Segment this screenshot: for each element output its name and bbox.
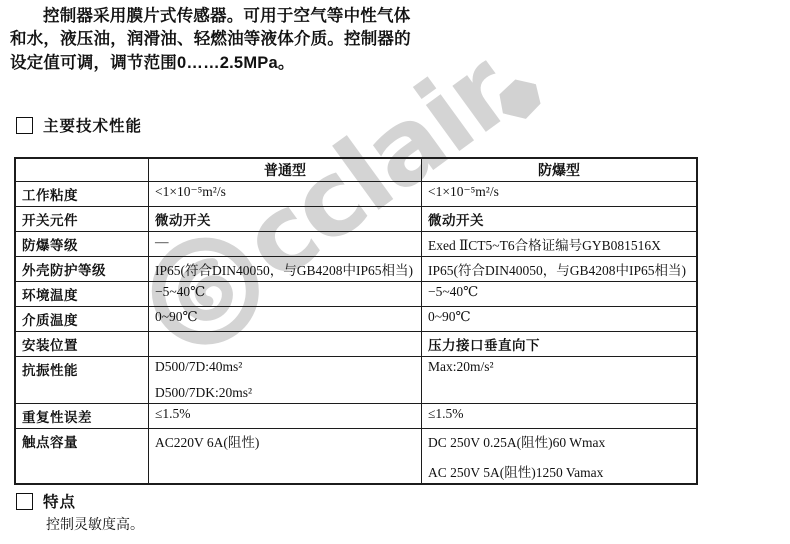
spec-value-text: 0~90℃ [155, 309, 415, 325]
table-row: 外壳防护等级 IP65(符合DIN40050，与GB4208中IP65相当) I… [16, 257, 697, 282]
spec-label: 工作粘度 [16, 182, 149, 207]
spec-value-text: DC 250V 0.25A(阻性)60 Wmax [428, 431, 690, 451]
spec-value-text: IP65(符合DIN40050，与GB4208中IP65相当) [155, 259, 415, 279]
spec-value-normal: IP65(符合DIN40050，与GB4208中IP65相当) [149, 257, 422, 282]
spec-value-normal: AC220V 6A(阻性) [149, 429, 422, 484]
spec-value-explosion: −5~40℃ [422, 282, 697, 307]
spec-value-text: AC 250V 5A(阻性)1250 Vamax [428, 461, 690, 481]
spec-value-text: 微动开关 [155, 209, 415, 229]
spec-value-text: −5~40℃ [428, 284, 690, 300]
spec-value-normal: 0~90℃ [149, 307, 422, 332]
datasheet-page: cclair 控制器采用膜片式传感器。可用于空气等中性气体和水，液压油，润滑油、… [0, 0, 790, 544]
section-title: 特点 [43, 490, 76, 512]
spec-label: 开关元件 [16, 207, 149, 232]
spec-value-normal: −5~40℃ [149, 282, 422, 307]
spec-value-text: Max:20m/s² [428, 359, 690, 375]
spec-value-text: <1×10⁻⁵m²/s [155, 184, 415, 200]
spec-value-explosion: 压力接口垂直向下 [422, 332, 697, 357]
spec-value-explosion: Max:20m/s² [422, 357, 697, 404]
spec-value-explosion: 0~90℃ [422, 307, 697, 332]
table-row: 环境温度 −5~40℃ −5~40℃ [16, 282, 697, 307]
spec-value-text: −5~40℃ [155, 284, 415, 300]
table-row: 介质温度 0~90℃ 0~90℃ [16, 307, 697, 332]
spec-value-explosion: ≤1.5% [422, 404, 697, 429]
header-normal-type: 普通型 [149, 159, 422, 182]
header-empty [16, 159, 149, 182]
spec-value-normal: <1×10⁻⁵m²/s [149, 182, 422, 207]
header-explosion-type: 防爆型 [422, 159, 697, 182]
spec-value-text: 压力接口垂直向下 [428, 334, 690, 354]
table-row: 安装位置 压力接口垂直向下 [16, 332, 697, 357]
spec-value-text: Exed ⅡCT5~T6合格证编号GYB081516X [428, 234, 690, 254]
spec-value-text: ≤1.5% [155, 406, 415, 422]
table-row: 重复性误差 ≤1.5% ≤1.5% [16, 404, 697, 429]
section-tech-performance: 主要技术性能 [16, 114, 142, 136]
spec-value-explosion: DC 250V 0.25A(阻性)60 Wmax AC 250V 5A(阻性)1… [422, 429, 697, 484]
spec-value-explosion: IP65(符合DIN40050，与GB4208中IP65相当) [422, 257, 697, 282]
spec-label: 防爆等级 [16, 232, 149, 257]
table-row: 开关元件 微动开关 微动开关 [16, 207, 697, 232]
spec-value-text: — [155, 234, 415, 250]
spec-value-explosion: <1×10⁻⁵m²/s [422, 182, 697, 207]
table-row: 工作粘度 <1×10⁻⁵m²/s <1×10⁻⁵m²/s [16, 182, 697, 207]
spec-value-text: ≤1.5% [428, 406, 690, 422]
spec-value-text: 0~90℃ [428, 309, 690, 325]
spec-value-normal: — [149, 232, 422, 257]
section-features: 特点 [16, 490, 76, 512]
spec-value-explosion: 微动开关 [422, 207, 697, 232]
spec-value-normal: 微动开关 [149, 207, 422, 232]
spec-table: 普通型 防爆型 工作粘度 <1×10⁻⁵m²/s <1×10⁻⁵m²/s 开关元… [15, 158, 697, 484]
section-checkbox-icon [16, 493, 33, 510]
features-body: 控制灵敏度高。 [46, 514, 144, 534]
table-row: 抗振性能 D500/7D:40ms² D500/7DK:20ms² Max:20… [16, 357, 697, 404]
table-row: 防爆等级 — Exed ⅡCT5~T6合格证编号GYB081516X [16, 232, 697, 257]
spec-value-normal: ≤1.5% [149, 404, 422, 429]
spec-value-text: IP65(符合DIN40050，与GB4208中IP65相当) [428, 259, 690, 279]
spec-value-text: <1×10⁻⁵m²/s [428, 184, 690, 200]
table-header-row: 普通型 防爆型 [16, 159, 697, 182]
spec-value-text: 微动开关 [428, 209, 690, 229]
spec-label: 安装位置 [16, 332, 149, 357]
spec-label: 介质温度 [16, 307, 149, 332]
spec-value-text: AC220V 6A(阻性) [155, 431, 415, 451]
spec-value-text: D500/7DK:20ms² [155, 385, 415, 401]
spec-label: 外壳防护等级 [16, 257, 149, 282]
spec-label: 抗振性能 [16, 357, 149, 404]
page-content: 控制器采用膜片式传感器。可用于空气等中性气体和水，液压油，润滑油、轻燃油等液体介… [0, 0, 790, 544]
spec-value-normal: D500/7D:40ms² D500/7DK:20ms² [149, 357, 422, 404]
section-checkbox-icon [16, 117, 33, 134]
table-row: 触点容量 AC220V 6A(阻性) DC 250V 0.25A(阻性)60 W… [16, 429, 697, 484]
spec-value-normal [149, 332, 422, 357]
spec-label: 重复性误差 [16, 404, 149, 429]
spec-label: 环境温度 [16, 282, 149, 307]
intro-paragraph: 控制器采用膜片式传感器。可用于空气等中性气体和水，液压油，润滑油、轻燃油等液体介… [10, 5, 412, 75]
spec-value-explosion: Exed ⅡCT5~T6合格证编号GYB081516X [422, 232, 697, 257]
spec-value-text: D500/7D:40ms² [155, 359, 415, 375]
spec-label: 触点容量 [16, 429, 149, 484]
section-title: 主要技术性能 [43, 114, 142, 136]
